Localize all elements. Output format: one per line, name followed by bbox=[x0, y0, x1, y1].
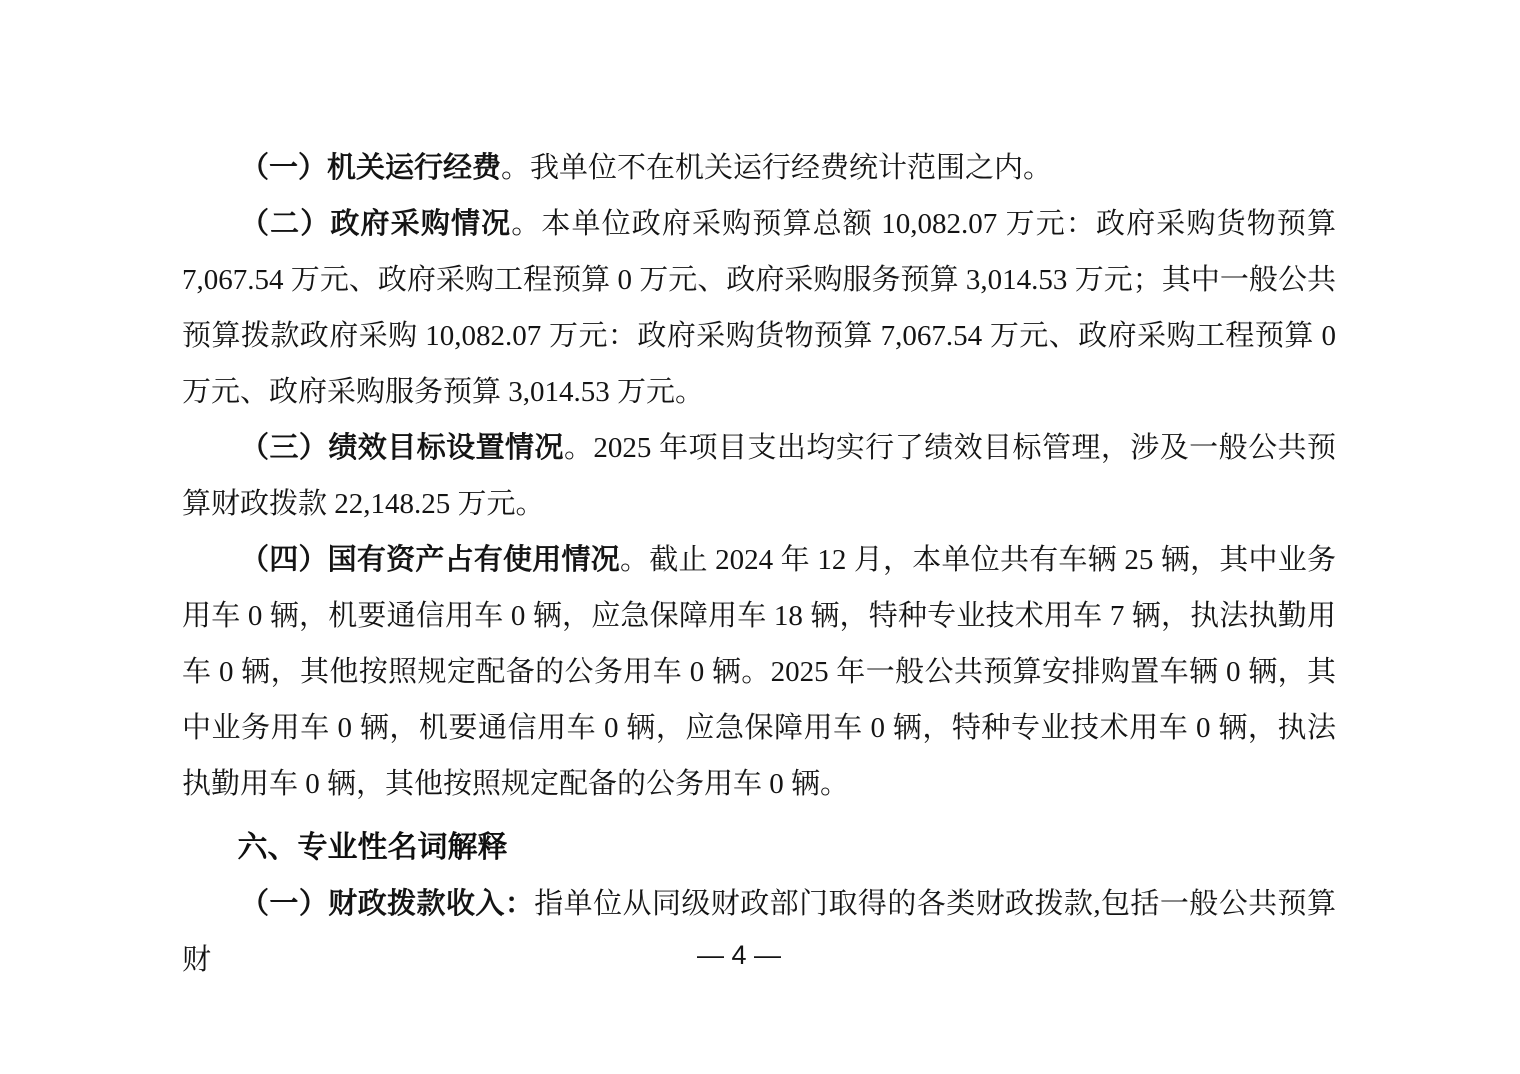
page-footer: — 4 — bbox=[0, 934, 1478, 976]
section-heading-terminology: 六、专业性名词解释 bbox=[182, 820, 1336, 876]
paragraph-body-text: 。我单位不在机关运行经费统计范围之内。 bbox=[501, 152, 1052, 184]
paragraph-lead: （一）机关运行经费 bbox=[240, 152, 501, 184]
paragraph-office-operating-expenses: （一）机关运行经费。我单位不在机关运行经费统计范围之内。 bbox=[182, 140, 1336, 196]
paragraph-performance-targets: （三）绩效目标设置情况。2025 年项目支出均实行了绩效目标管理，涉及一般公共预… bbox=[182, 420, 1336, 532]
page-number: — 4 — bbox=[697, 940, 781, 970]
paragraph-lead: （四）国有资产占有使用情况 bbox=[240, 544, 620, 576]
paragraph-body-text: 。截止 2024 年 12 月，本单位共有车辆 25 辆，其中业务用车 0 辆，… bbox=[182, 544, 1336, 800]
document-content: （一）机关运行经费。我单位不在机关运行经费统计范围之内。 （二）政府采购情况。本… bbox=[182, 140, 1336, 988]
paragraph-lead: （一）财政拨款收入： bbox=[240, 888, 534, 920]
paragraph-lead: （二）政府采购情况 bbox=[240, 208, 511, 240]
paragraph-government-procurement: （二）政府采购情况。本单位政府采购预算总额 10,082.07 万元：政府采购货… bbox=[182, 196, 1336, 420]
paragraph-lead: （三）绩效目标设置情况 bbox=[240, 432, 564, 464]
paragraph-state-owned-assets: （四）国有资产占有使用情况。截止 2024 年 12 月，本单位共有车辆 25 … bbox=[182, 532, 1336, 812]
document-page: （一）机关运行经费。我单位不在机关运行经费统计范围之内。 （二）政府采购情况。本… bbox=[0, 0, 1520, 1074]
